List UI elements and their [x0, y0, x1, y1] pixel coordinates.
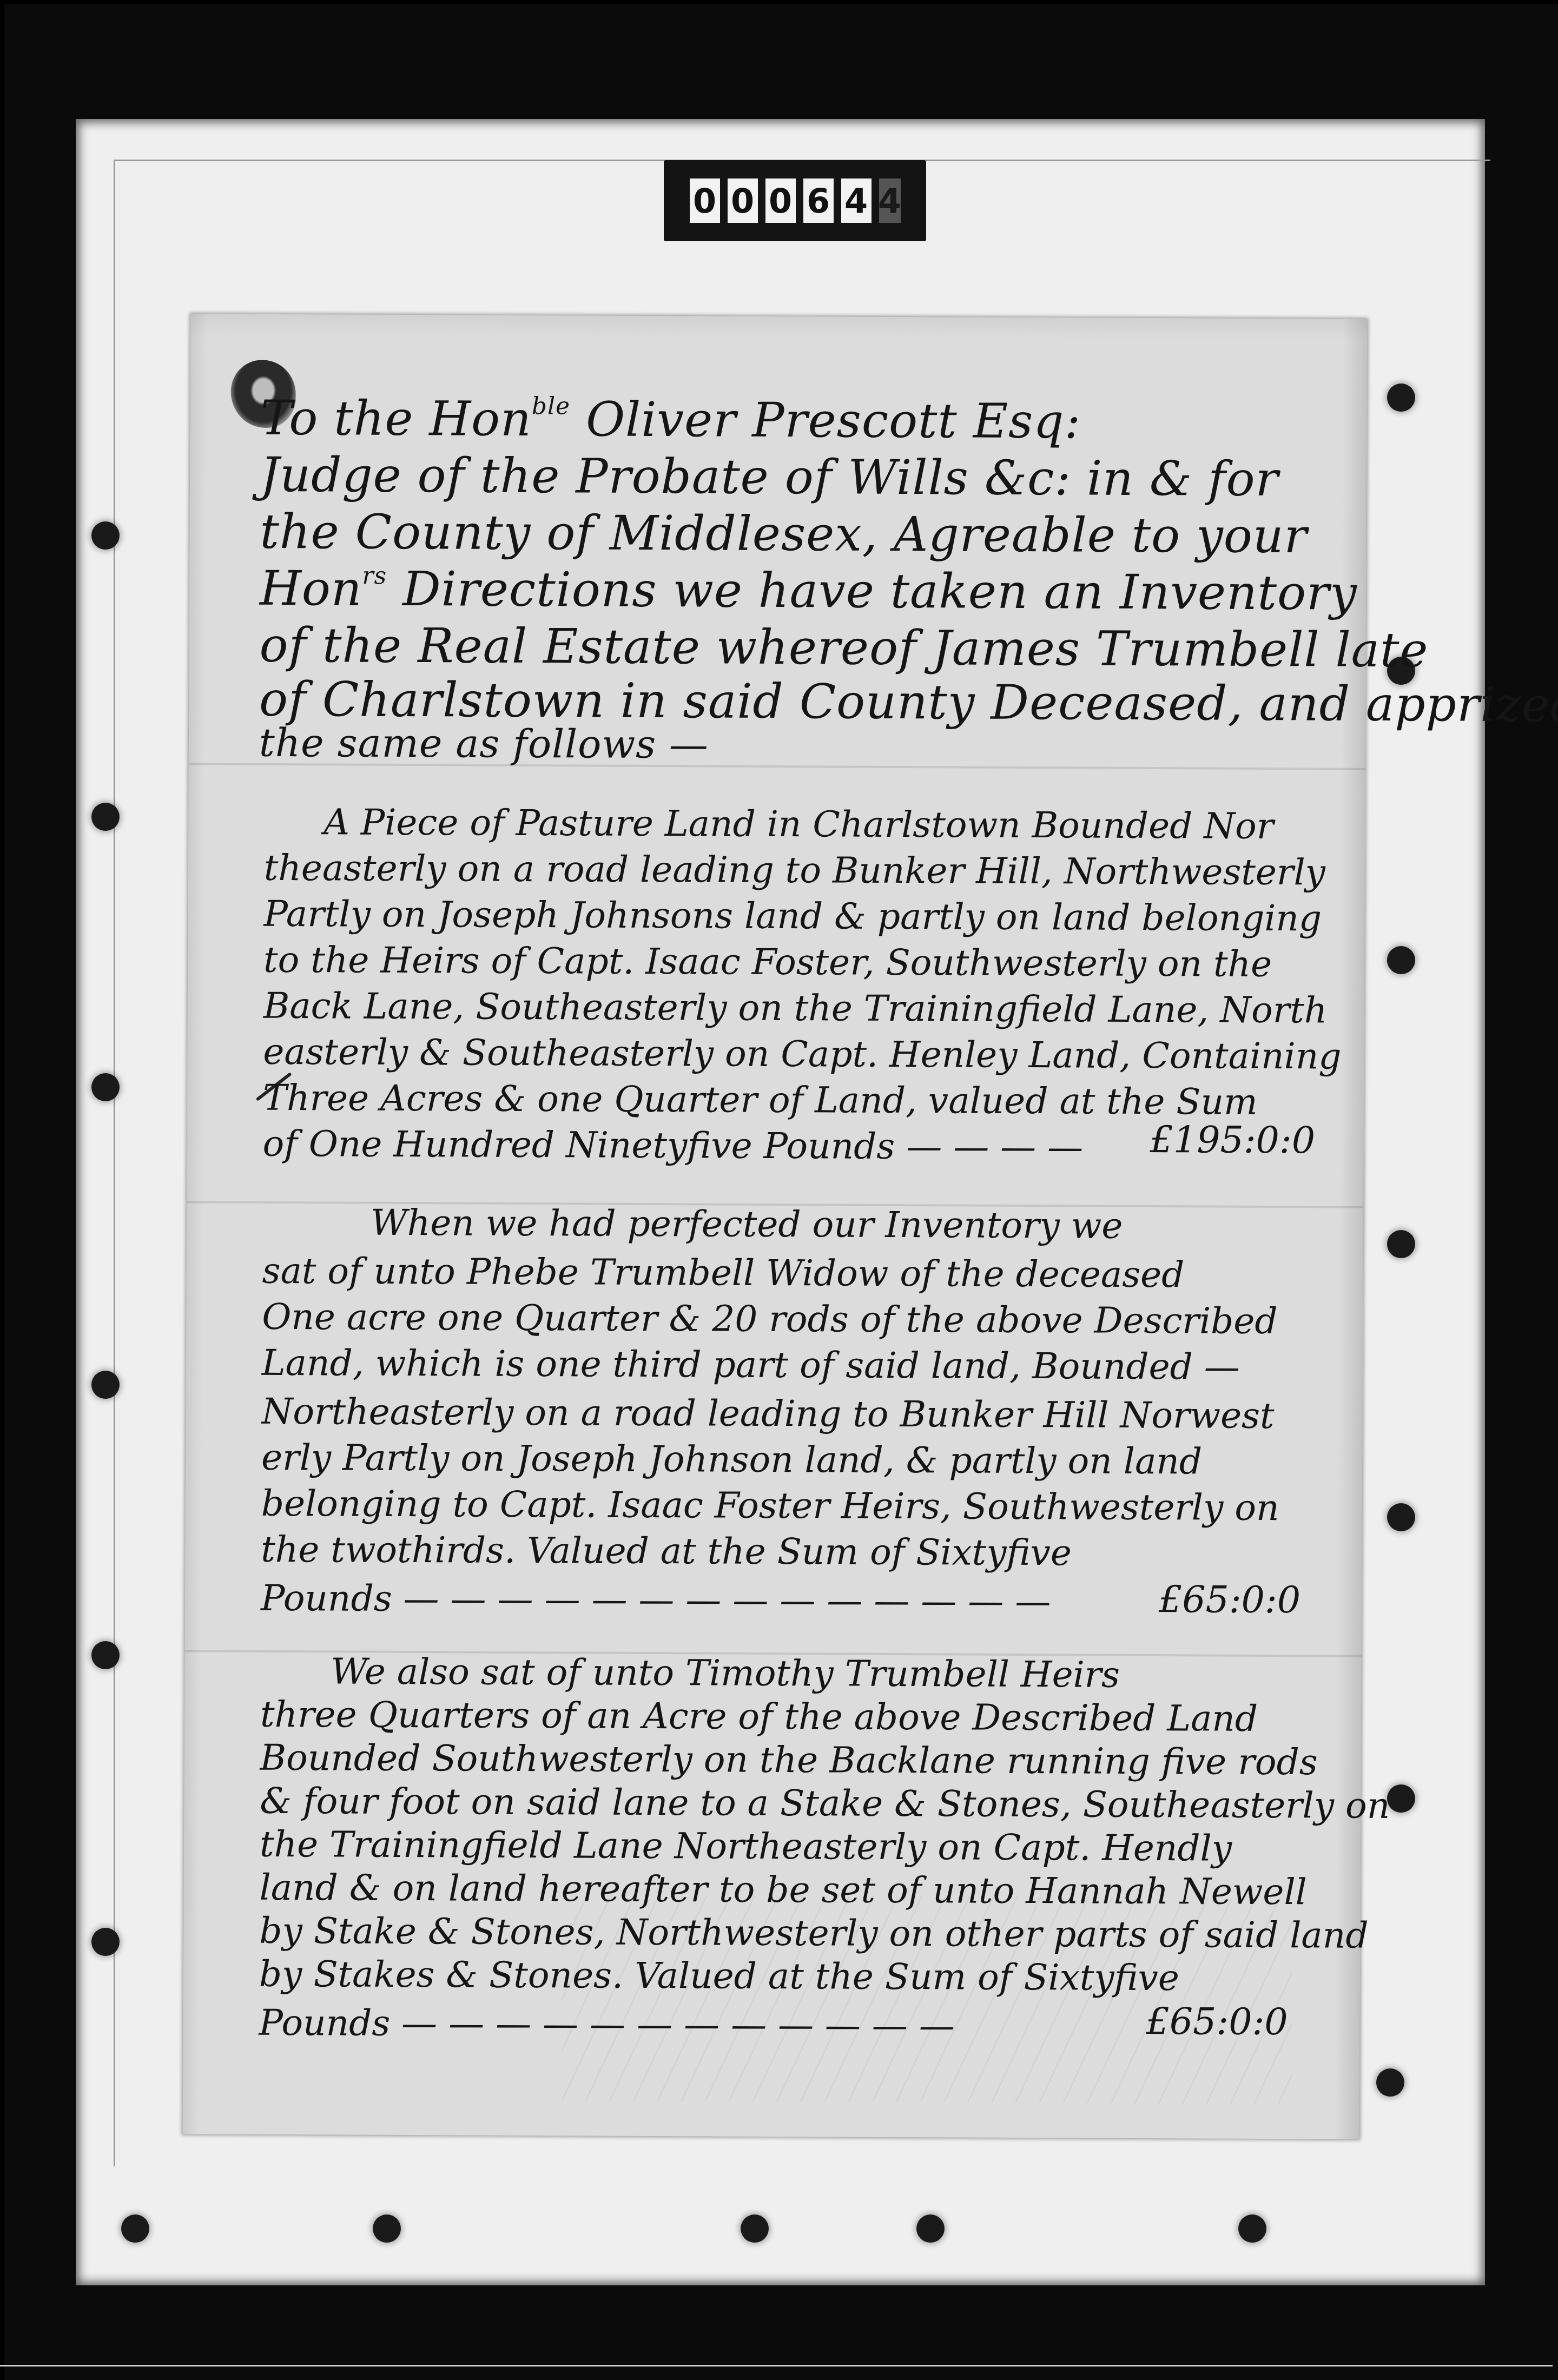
- punch-hole-icon: [1387, 1230, 1415, 1258]
- entry-line: by Stake & Stones, Northwesterly on othe…: [259, 1910, 1369, 1956]
- heading-line: Judge of the Probate of Wills &c: in & f…: [260, 447, 1279, 507]
- heading-line: Honrs Directions we have taken an Invent…: [260, 560, 1357, 621]
- entry-line: Pounds — — — — — — — — — — — —: [259, 2002, 955, 2047]
- amount-value: £65:0:0: [1159, 1578, 1300, 1622]
- heading-line: To the Honble Oliver Prescott Esq:: [260, 390, 1081, 449]
- entry-line: the twothirds. Valued at the Sum of Sixt…: [261, 1529, 1072, 1574]
- stamp-digit: 4: [841, 178, 872, 223]
- film-edge-top: [0, 0, 1558, 4]
- entry-line: of One Hundred Ninetyfive Pounds — — — —: [262, 1123, 1083, 1168]
- heading-line: of the Real Estate whereof James Trumbel…: [259, 617, 1428, 678]
- punch-hole-icon: [91, 1073, 120, 1101]
- entry-line: We also sat of unto Timothy Trumbell Hei…: [331, 1650, 1120, 1695]
- entry-line: Partly on Joseph Johnsons land & partly …: [263, 893, 1322, 940]
- manuscript-page: To the Honble Oliver Prescott Esq: Judge…: [183, 314, 1368, 2139]
- entry-line: erly Partly on Joseph Johnson land, & pa…: [261, 1437, 1202, 1483]
- entry-line: Pounds — — — — — — — — — — — — — —: [261, 1577, 1051, 1622]
- entry-line: three Quarters of an Acre of the above D…: [260, 1694, 1258, 1740]
- punch-hole-icon: [91, 1928, 120, 1956]
- punch-hole-icon: [121, 2214, 149, 2243]
- entry-line: Back Lane, Southeasterly on the Training…: [263, 985, 1328, 1032]
- entry-line: by Stakes & Stones. Valued at the Sum of…: [259, 1953, 1179, 1999]
- punch-hole-icon: [373, 2214, 401, 2243]
- amount-value: £65:0:0: [1146, 2000, 1288, 2044]
- entry-line: belonging to Capt. Isaac Foster Heirs, S…: [261, 1483, 1279, 1529]
- entry-line: Land, which is one third part of said la…: [262, 1342, 1240, 1388]
- stamp-digit: 6: [803, 178, 834, 223]
- heading-line: the County of Middlesex, Agreable to you…: [260, 504, 1307, 564]
- punch-hole-icon: [91, 1371, 120, 1399]
- entry-line: land & on land hereafter to be set of un…: [259, 1867, 1306, 1913]
- punch-hole-icon: [916, 2214, 945, 2243]
- heading-line: the same as follows —: [259, 720, 709, 768]
- entry-line: A Piece of Pasture Land in Charlstown Bo…: [324, 801, 1273, 847]
- amount-value: £195:0:0: [1150, 1119, 1316, 1162]
- stamp-digit: 0: [765, 178, 796, 223]
- stamp-digit-partial: 4: [879, 178, 901, 223]
- entry-line: theasterly on a road leading to Bunker H…: [264, 847, 1325, 894]
- punch-hole-icon: [91, 803, 120, 831]
- entry-line: When we had perfected our Inventory we: [371, 1202, 1123, 1247]
- frame-number-stamp: 0 0 0 6 4 4: [664, 160, 926, 241]
- film-edge-left: [0, 0, 4, 2380]
- punch-hole-icon: [741, 2214, 769, 2243]
- entry-line: Bounded Southwesterly on the Backlane ru…: [260, 1737, 1318, 1783]
- punch-hole-icon: [1387, 384, 1415, 412]
- entry-line: One acre one Quarter & 20 rods of the ab…: [262, 1296, 1278, 1342]
- entry-line: & four foot on said lane to a Stake & St…: [260, 1780, 1390, 1827]
- punch-hole-icon: [91, 521, 120, 550]
- film-border-line: [0, 2365, 1553, 2366]
- entry-line: to the Heirs of Capt. Isaac Foster, Sout…: [263, 939, 1272, 985]
- punch-hole-icon: [1387, 1503, 1415, 1531]
- entry-line: the Trainingfield Lane Northeasterly on …: [260, 1823, 1232, 1869]
- punch-hole-icon: [1238, 2214, 1266, 2243]
- punch-hole-icon: [1387, 1784, 1415, 1813]
- punch-hole-icon: [1387, 946, 1415, 974]
- entry-line: Northeasterly on a road leading to Bunke…: [261, 1391, 1274, 1437]
- entry-line: easterly & Southeasterly on Capt. Henley…: [263, 1031, 1341, 1077]
- entry-line: Three Acres & one Quarter of Land, value…: [263, 1077, 1258, 1123]
- punch-hole-icon: [1376, 2068, 1404, 2097]
- entry-line: sat of unto Phebe Trumbell Widow of the …: [262, 1250, 1184, 1295]
- stamp-digit: 0: [690, 178, 720, 223]
- punch-hole-icon: [91, 1641, 120, 1669]
- stamp-digit: 0: [728, 178, 758, 223]
